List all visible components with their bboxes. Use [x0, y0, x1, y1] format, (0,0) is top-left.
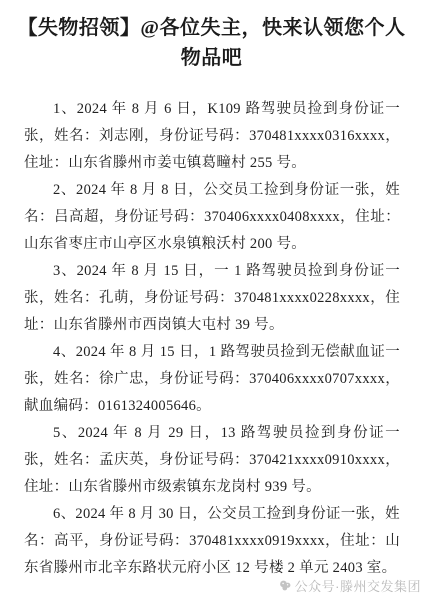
lost-item-entry-3: 3、2024 年 8 月 15 日，一 1 路驾驶员捡到身份证一张，姓名：孔萌，…: [24, 258, 400, 339]
lost-item-entry-5: 5、2024 年 8 月 29 日，13 路驾驶员捡到身份证一张，姓名：孟庆英，…: [24, 420, 400, 501]
lost-and-found-notice-page: 【失物招领】@各位失主，快来认领您个人物品吧 1、2024 年 8 月 6 日，…: [0, 0, 423, 600]
lost-item-entry-2: 2、2024 年 8 月 8 日，公交员工捡到身份证一张，姓名：吕高超，身份证号…: [24, 177, 400, 258]
official-account-logo-icon: [279, 579, 292, 592]
lost-item-entry-1: 1、2024 年 8 月 6 日，K109 路驾驶员捡到身份证一张，姓名：刘志刚…: [24, 96, 400, 177]
watermark-text: 公众号·滕州交发集团: [295, 576, 421, 595]
watermark: 公众号·滕州交发集团: [279, 576, 421, 595]
lost-item-entry-6: 6、2024 年 8 月 30 日，公交员工捡到身份证一张，姓名：高平，身份证号…: [24, 501, 400, 582]
page-title: 【失物招领】@各位失主，快来认领您个人物品吧: [0, 0, 423, 73]
lost-item-entry-4: 4、2024 年 8 月 15 日，1 路驾驶员捡到无偿献血证一张，姓名：徐广忠…: [24, 339, 400, 420]
notice-body: 1、2024 年 8 月 6 日，K109 路驾驶员捡到身份证一张，姓名：刘志刚…: [24, 96, 400, 582]
